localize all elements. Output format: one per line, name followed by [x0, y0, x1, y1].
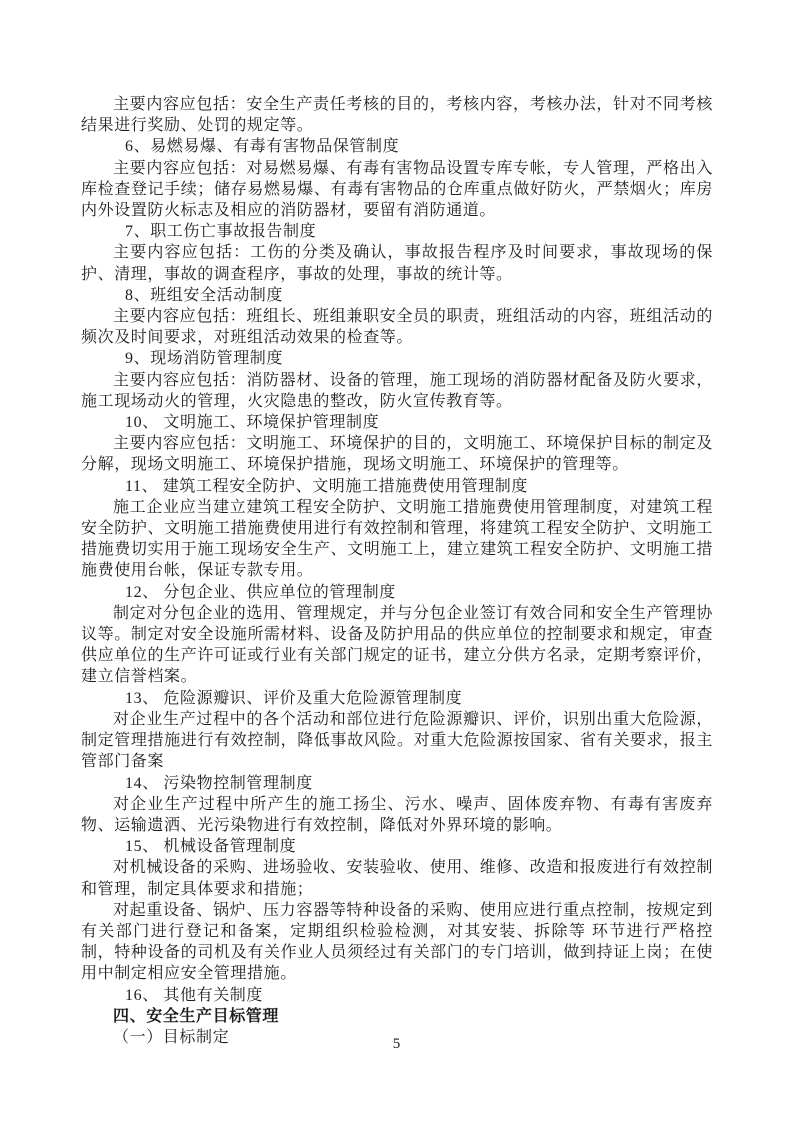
- numbered-heading: 7、职工伤亡事故报告制度: [81, 221, 713, 242]
- paragraph: 主要内容应包括：对易燃易爆、有毒有害物品设置专库专帐，专人管理，严格出入库检查登…: [81, 158, 713, 222]
- numbered-heading: 8、班组安全活动制度: [81, 285, 713, 306]
- paragraph: 对起重设备、锅炉、压力容器等特种设备的采购、使用应进行重点控制，按规定到有关部门…: [81, 900, 713, 985]
- paragraph: 主要内容应包括：消防器材、设备的管理，施工现场的消防器材配备及防火要求，施工现场…: [81, 370, 713, 412]
- numbered-heading: 16、 其他有关制度: [81, 985, 713, 1006]
- paragraph: 制定对分包企业的选用、管理规定，并与分包企业签订有效合同和安全生产管理协议等。制…: [81, 603, 713, 688]
- page-number: 5: [0, 1036, 793, 1053]
- document-page: 主要内容应包括：安全生产责任考核的目的，考核内容，考核办法，针对不同考核结果进行…: [0, 0, 793, 1122]
- paragraph: 对企业生产过程中所产生的施工扬尘、污水、噪声、固体废弃物、有毒有害废弃物、运输遗…: [81, 794, 713, 836]
- numbered-heading: 11、 建筑工程安全防护、文明施工措施费使用管理制度: [81, 476, 713, 497]
- numbered-heading: 14、 污染物控制管理制度: [81, 773, 713, 794]
- paragraph: 主要内容应包括：安全生产责任考核的目的，考核内容，考核办法，针对不同考核结果进行…: [81, 94, 713, 136]
- numbered-heading: 6、易燃易爆、有毒有害物品保管制度: [81, 136, 713, 157]
- paragraph: 主要内容应包括：班组长、班组兼职安全员的职责，班组活动的内容，班组活动的频次及时…: [81, 306, 713, 348]
- document-body: 主要内容应包括：安全生产责任考核的目的，考核内容，考核办法，针对不同考核结果进行…: [81, 94, 713, 1048]
- paragraph: 施工企业应当建立建筑工程安全防护、文明施工措施费使用管理制度，对建筑工程安全防护…: [81, 497, 713, 582]
- section-heading: 四、安全生产目标管理: [81, 1006, 713, 1027]
- paragraph: 主要内容应包括：文明施工、环境保护的目的，文明施工、环境保护目标的制定及分解，现…: [81, 433, 713, 475]
- paragraph: 对企业生产过程中的各个活动和部位进行危险源瓣识、评价，识别出重大危险源，制定管理…: [81, 709, 713, 773]
- paragraph: 主要内容应包括：工伤的分类及确认，事故报告程序及时间要求，事故现场的保护、清理，…: [81, 242, 713, 284]
- numbered-heading: 10、 文明施工、环境保护管理制度: [81, 412, 713, 433]
- numbered-heading: 9、现场消防管理制度: [81, 348, 713, 369]
- paragraph: 对机械设备的采购、进场验收、安装验收、使用、维修、改造和报废进行有效控制和管理，…: [81, 857, 713, 899]
- numbered-heading: 12、 分包企业、供应单位的管理制度: [81, 582, 713, 603]
- numbered-heading: 13、 危险源瓣识、评价及重大危险源管理制度: [81, 688, 713, 709]
- numbered-heading: 15、 机械设备管理制度: [81, 836, 713, 857]
